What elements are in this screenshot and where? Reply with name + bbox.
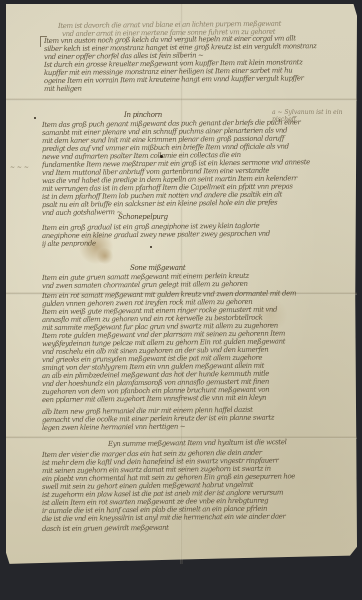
ink-blot (160, 155, 163, 158)
text-line: mit heiligen (44, 84, 124, 93)
section-heading: Schonepelpurg (118, 213, 168, 221)
text-line: ij alte penpronde (42, 239, 112, 248)
text-line: dasch ist ein gruen gewirdt meßgewant (42, 523, 212, 533)
text-line: legen zwen kleine hermaniel vnn herttige… (42, 422, 232, 432)
text-line: vnd zwen samaten chormantel grun gelegt … (42, 279, 292, 290)
section-heading: In pinchorn (124, 111, 162, 119)
text-line: die ist die vnd ein kneyssilrin ist anyl… (42, 512, 332, 523)
margin-note: ~ ~ ~ (10, 164, 29, 171)
text-line: vnd auch gotshalwerm ~ (42, 208, 128, 217)
manuscript-text: Item ist davorch die arnat vnd blane ei … (0, 0, 362, 600)
text-line: anegiphone ein kleine gradual zwey newe … (42, 229, 332, 240)
section-heading: Sone mißgewant (130, 264, 185, 272)
section-heading: Eyn summe meßgewant Item vnd hyaltum ist… (108, 437, 352, 448)
ink-mark (34, 117, 36, 119)
ink-mark (150, 246, 152, 248)
